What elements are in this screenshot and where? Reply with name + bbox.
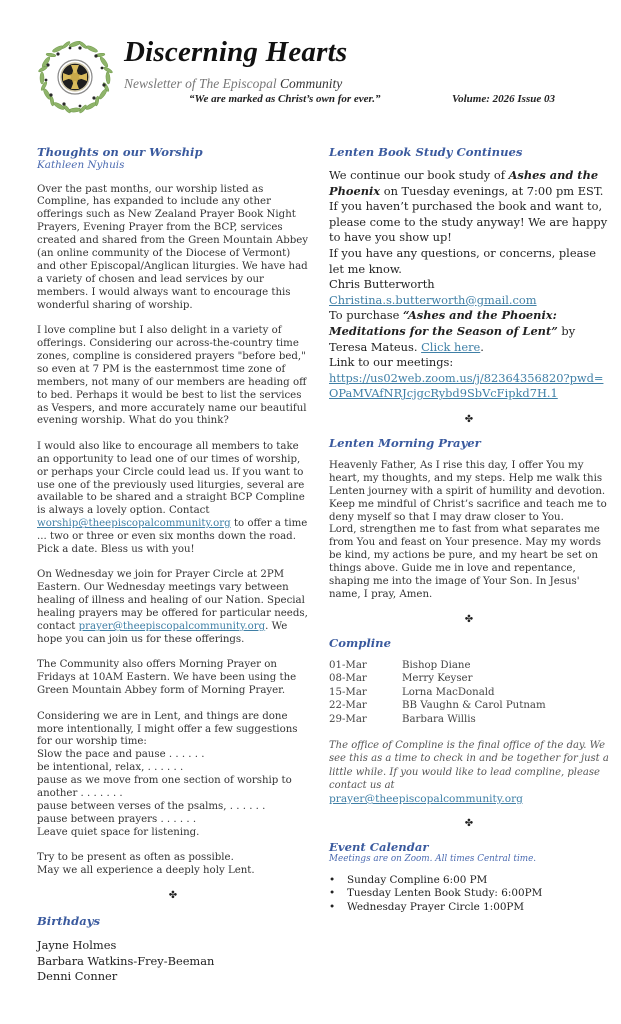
schedule-leader: Barbara Willis: [402, 713, 609, 726]
newsletter-title: Discerning Hearts: [124, 36, 347, 69]
section-heading-worship: Thoughts on our Worship: [37, 145, 309, 159]
intro-text: We continue our book study of: [329, 168, 509, 182]
suggestion-line: pause between prayers . . . . . .: [37, 814, 309, 827]
purchase-line: To purchase “Ashes and the Phoenix: Medi…: [329, 308, 609, 355]
event-item: Tuesday Lenten Book Study: 6:00PM: [329, 887, 609, 900]
worship-closing: Try to be present as often as possible. …: [37, 852, 309, 878]
book-study-body: We continue our book study of Ashes and …: [329, 168, 609, 402]
worship-paragraph-1: Over the past months, our worship listed…: [37, 184, 309, 313]
event-item: Sunday Compline 6:00 PM: [329, 874, 609, 887]
meeting-label: Link to our meetings:: [329, 355, 609, 371]
right-column: Lenten Book Study Continues We continue …: [329, 145, 609, 914]
suggestion-line: be intentional, relax, . . . . . .: [37, 762, 309, 775]
author-byline: Kathleen Nyhuis: [37, 159, 309, 171]
suggestion-line: pause as we move from one section of wor…: [37, 775, 309, 801]
birthday-name: Denni Conner: [37, 969, 309, 985]
section-heading-events: Event Calendar: [329, 840, 609, 854]
schedule-leader: BB Vaughn & Carol Putnam: [402, 699, 609, 712]
contact-name: Chris Butterworth: [329, 277, 609, 293]
purchase-end: .: [480, 340, 484, 354]
p3-text: I would also like to encourage all membe…: [37, 441, 305, 517]
cross-separator-icon: ✤: [329, 414, 609, 426]
contact-email-link[interactable]: Christina.s.butterworth@gmail.com: [329, 293, 537, 307]
event-list: Sunday Compline 6:00 PM Tuesday Lenten B…: [329, 874, 609, 914]
suggestion-line: pause between verses of the psalms, . . …: [37, 801, 309, 814]
compline-note: The office of Compline is the final offi…: [329, 739, 609, 792]
birthday-list: Jayne Holmes Barbara Watkins-Frey-Beeman…: [37, 938, 309, 985]
birthday-name: Jayne Holmes: [37, 938, 309, 954]
worship-paragraph-4: On Wednesday we join for Prayer Circle a…: [37, 569, 309, 646]
compline-schedule: 01-MarBishop Diane 08-MarMerry Keyser 15…: [329, 659, 609, 726]
suggestion-line: Leave quiet space for listening.: [37, 827, 309, 840]
worship-suggestions: Considering we are in Lent, and things a…: [37, 711, 309, 840]
olive-wreath-cross-icon: [36, 38, 114, 116]
schedule-date: 29-Mar: [329, 713, 402, 726]
cross-separator-icon: ✤: [329, 614, 609, 626]
section-heading-book-study: Lenten Book Study Continues: [329, 145, 609, 159]
morning-prayer-p2: Lord, strengthen me to fast from what se…: [329, 524, 609, 601]
newsletter-subtitle: Newsletter of The Episcopal Community: [124, 76, 342, 92]
motto: “We are marked as Christ’s own for ever.…: [189, 93, 381, 105]
zoom-meeting-link[interactable]: https://us02web.zoom.us/j/82364356820?pw…: [329, 371, 603, 401]
subtitle-strong: Community: [280, 76, 342, 91]
section-heading-compline: Compline: [329, 636, 609, 650]
purchase-text: To purchase: [329, 308, 403, 322]
closing-line: May we all experience a deeply holy Lent…: [37, 865, 309, 878]
event-item: Wednesday Prayer Circle 1:00PM: [329, 901, 609, 914]
schedule-date: 22-Mar: [329, 699, 402, 712]
book-study-line-3: If you have any questions, or concerns, …: [329, 246, 609, 277]
intro-text-after: on Tuesday evenings, at 7:00 pm EST.: [380, 184, 603, 198]
volume-issue: Volume: 2026 Issue 03: [452, 93, 555, 105]
cross-separator-icon: ✤: [329, 818, 609, 830]
worship-paragraph-3: I would also like to encourage all membe…: [37, 441, 309, 557]
click-here-link[interactable]: Click here: [421, 340, 480, 354]
section-heading-birthdays: Birthdays: [37, 914, 309, 928]
left-column: Thoughts on our Worship Kathleen Nyhuis …: [37, 145, 309, 985]
book-study-line-2: If you haven’t purchased the book and wa…: [329, 199, 609, 246]
masthead: Discerning Hearts Newsletter of The Epis…: [0, 0, 621, 125]
section-heading-morning-prayer: Lenten Morning Prayer: [329, 436, 609, 450]
schedule-leader: Lorna MacDonald: [402, 686, 609, 699]
compline-prayer-email-link[interactable]: prayer@theepiscopalcommunity.org: [329, 793, 523, 805]
worship-paragraph-5: The Community also offers Morning Prayer…: [37, 659, 309, 698]
subtitle-prefix: Newsletter of The Episcopal: [124, 76, 280, 91]
closing-line: Try to be present as often as possible.: [37, 852, 309, 865]
worship-email-link[interactable]: worship@theepiscopalcommunity.org: [37, 518, 231, 529]
schedule-leader: Bishop Diane: [402, 659, 609, 672]
schedule-date: 15-Mar: [329, 686, 402, 699]
cross-separator-icon: ✤: [37, 890, 309, 902]
suggestion-line: Slow the pace and pause . . . . . .: [37, 749, 309, 762]
morning-prayer-p1: Heavenly Father, As I rise this day, I o…: [329, 460, 609, 525]
birthday-name: Barbara Watkins-Frey-Beeman: [37, 954, 309, 970]
prayer-email-link[interactable]: prayer@theepiscopalcommunity.org: [79, 621, 266, 632]
worship-paragraph-2: I love compline but I also delight in a …: [37, 325, 309, 428]
book-study-intro: We continue our book study of Ashes and …: [329, 168, 609, 199]
schedule-date: 08-Mar: [329, 672, 402, 685]
schedule-date: 01-Mar: [329, 659, 402, 672]
schedule-leader: Merry Keyser: [402, 672, 609, 685]
suggestion-line: Considering we are in Lent, and things a…: [37, 711, 309, 750]
events-note: Meetings are on Zoom. All times Central …: [329, 854, 609, 865]
